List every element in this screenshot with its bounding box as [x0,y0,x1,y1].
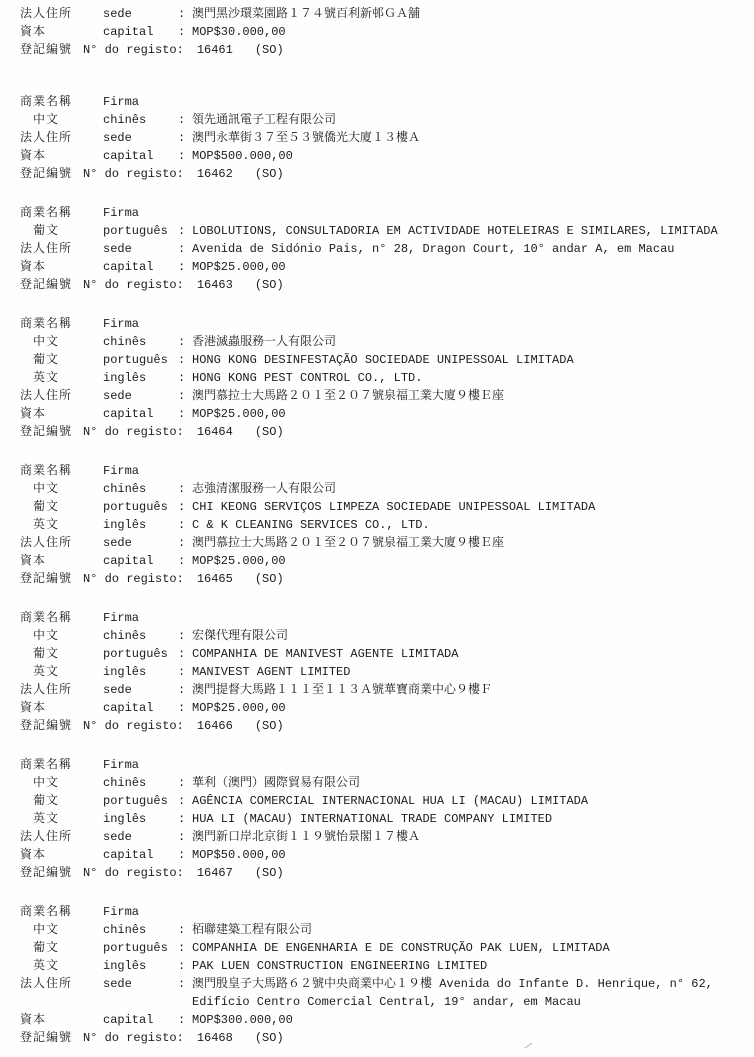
field-value: LOBOLUTIONS, CONSULTADORIA EM ACTIVIDADE… [192,222,744,240]
field-value: COMPANHIA DE MANIVEST AGENTE LIMITADA [192,645,744,663]
field-value-line: 澳門黑沙環菜園路１７４號百利新邨ＧＡ舖 [192,5,744,23]
record-header: 商業名稱Firma [20,609,744,627]
field-colon: : [178,480,192,498]
record-header-pt: Firma [103,93,139,111]
field-colon: : [178,792,192,810]
field-row: 英文inglês:MANIVEST AGENT LIMITED [20,663,744,681]
registry-document-page: 法人住所sede:澳門黑沙環菜園路１７４號百利新邨ＧＡ舖資本capital:MO… [0,0,754,1057]
field-row: 英文inglês:PAK LUEN CONSTRUCTION ENGINEERI… [20,957,744,975]
record-header-pt: Firma [103,462,139,480]
field-colon: : [178,846,192,864]
field-colon: : [178,810,192,828]
field-row: 葡文português:COMPANHIA DE ENGENHARIA E DE… [20,939,744,957]
field-label-zh: 資本 [20,405,103,423]
field-label-zh: 英文 [20,957,103,975]
field-colon: : [178,774,192,792]
registo-row: 登記編號N° do registo:16463(SO) [20,276,744,294]
field-value: 澳門永華街３７至５３號僑光大廈１３樓Ａ [192,129,744,147]
field-value-line: 華利（澳門）國際貿易有限公司 [192,774,744,792]
field-row: 資本capital:MOP$500.000,00 [20,147,744,165]
record-header-pt: Firma [103,756,139,774]
field-row: 資本capital:MOP$25.000,00 [20,405,744,423]
registo-label-zh: 登記編號 [20,423,77,441]
record-header-zh: 商業名稱 [20,204,103,222]
field-label-pt: português [103,498,178,516]
field-value-line: 澳門永華街３７至５３號僑光大廈１３樓Ａ [192,129,744,147]
field-colon: : [178,957,192,975]
field-label-pt: português [103,792,178,810]
field-value-line: MOP$25.000,00 [192,552,744,570]
field-colon: : [178,498,192,516]
field-label-pt: sede [103,681,178,699]
field-colon: : [178,645,192,663]
field-label-pt: capital [103,405,178,423]
registo-row: 登記編號N° do registo:16468(SO) [20,1029,744,1047]
registo-suffix: (SO) [255,276,284,294]
field-label-zh: 中文 [20,627,103,645]
registo-suffix: (SO) [255,1029,284,1047]
field-colon: : [178,534,192,552]
field-row: 葡文português:CHI KEONG SERVIÇOS LIMPEZA S… [20,498,744,516]
registo-label-pt: N° do registo: [83,864,184,882]
field-row: 中文chinês:宏傑代理有限公司 [20,627,744,645]
field-value-line: C & K CLEANING SERVICES CO., LTD. [192,516,744,534]
record-header-zh: 商業名稱 [20,756,103,774]
field-value: MOP$30.000,00 [192,23,744,41]
field-row: 英文inglês:HUA LI (MACAU) INTERNATIONAL TR… [20,810,744,828]
field-colon: : [178,5,192,23]
registo-suffix: (SO) [255,41,284,59]
field-value: 澳門提督大馬路１１１至１１３Ａ號華寶商業中心９樓Ｆ [192,681,744,699]
field-row: 資本capital:MOP$25.000,00 [20,699,744,717]
field-row: 中文chinês:領先通訊電子工程有限公司 [20,111,744,129]
field-label-pt: português [103,351,178,369]
field-label-zh: 葡文 [20,792,103,810]
field-value: 宏傑代理有限公司 [192,627,744,645]
field-label-zh: 英文 [20,663,103,681]
record-header-pt: Firma [103,315,139,333]
field-label-pt: chinês [103,921,178,939]
field-row: 資本capital:MOP$25.000,00 [20,258,744,276]
field-label-zh: 葡文 [20,498,103,516]
field-label-zh: 資本 [20,1011,103,1029]
field-value-line: HUA LI (MACAU) INTERNATIONAL TRADE COMPA… [192,810,744,828]
field-colon: : [178,351,192,369]
field-value-line: CHI KEONG SERVIÇOS LIMPEZA SOCIEDADE UNI… [192,498,744,516]
field-label-zh: 中文 [20,111,103,129]
field-label-zh: 資本 [20,846,103,864]
field-colon: : [178,699,192,717]
field-row: 資本capital:MOP$300.000,00 [20,1011,744,1029]
record: 商業名稱Firma中文chinês:領先通訊電子工程有限公司法人住所sede:澳… [20,93,744,183]
field-value: 澳門慕拉士大馬路２０１至２０７號泉福工業大廈９樓Ｅ座 [192,387,744,405]
registo-label-pt: N° do registo: [83,41,184,59]
record-header-zh: 商業名稱 [20,315,103,333]
field-label-pt: sede [103,534,178,552]
field-label-pt: chinês [103,111,178,129]
field-label-zh: 法人住所 [20,129,103,147]
registo-suffix: (SO) [255,423,284,441]
field-label-pt: capital [103,147,178,165]
registo-label-pt: N° do registo: [83,276,184,294]
field-label-zh: 資本 [20,699,103,717]
registo-label-pt: N° do registo: [83,570,184,588]
registo-number: 16465 [197,570,233,588]
registo-label-pt: N° do registo: [83,1029,184,1047]
field-label-pt: inglês [103,516,178,534]
field-colon: : [178,921,192,939]
registo-number: 16462 [197,165,233,183]
field-row: 法人住所sede:澳門慕拉士大馬路２０１至２０７號泉福工業大廈９樓Ｅ座 [20,387,744,405]
field-row: 中文chinês:志強清潔服務一人有限公司 [20,480,744,498]
field-value-line: 澳門慕拉士大馬路２０１至２０７號泉福工業大廈９樓Ｅ座 [192,387,744,405]
field-label-pt: português [103,645,178,663]
field-value: MOP$25.000,00 [192,552,744,570]
field-label-zh: 葡文 [20,645,103,663]
field-colon: : [178,552,192,570]
field-row: 葡文português:AGÊNCIA COMERCIAL INTERNACIO… [20,792,744,810]
field-label-pt: inglês [103,663,178,681]
field-label-zh: 葡文 [20,222,103,240]
record: 商業名稱Firma中文chinês:栢聯建築工程有限公司葡文português:… [20,903,744,1047]
record-header-pt: Firma [103,903,139,921]
registo-suffix: (SO) [255,717,284,735]
registo-label-zh: 登記編號 [20,41,77,59]
records-list: 商業名稱Firma中文chinês:領先通訊電子工程有限公司法人住所sede:澳… [20,93,744,1047]
field-value: HONG KONG PEST CONTROL CO., LTD. [192,369,744,387]
registo-row: 登記編號N° do registo:16467(SO) [20,864,744,882]
registo-number: 16468 [197,1029,233,1047]
field-value: MANIVEST AGENT LIMITED [192,663,744,681]
record: 商業名稱Firma中文chinês:香港滅蟲服務一人有限公司葡文portuguê… [20,315,744,441]
field-value: MOP$25.000,00 [192,258,744,276]
field-value-line: COMPANHIA DE ENGENHARIA E DE CONSTRUÇÃO … [192,939,744,957]
field-value-line: Avenida de Sidónio Pais, n° 28, Dragon C… [192,240,744,258]
field-value: AGÊNCIA COMERCIAL INTERNACIONAL HUA LI (… [192,792,744,810]
field-label-pt: capital [103,552,178,570]
field-label-zh: 中文 [20,333,103,351]
field-row: 中文chinês:香港滅蟲服務一人有限公司 [20,333,744,351]
registo-row: 登記編號N° do registo:16466(SO) [20,717,744,735]
field-value-line: MANIVEST AGENT LIMITED [192,663,744,681]
field-label-pt: chinês [103,333,178,351]
field-colon: : [178,222,192,240]
registo-label-zh: 登記編號 [20,864,77,882]
record-header: 商業名稱Firma [20,93,744,111]
field-colon: : [178,129,192,147]
field-label-pt: inglês [103,810,178,828]
field-label-zh: 中文 [20,480,103,498]
field-colon: : [178,333,192,351]
registo-label-pt: N° do registo: [83,717,184,735]
field-colon: : [178,258,192,276]
field-row: 中文chinês:栢聯建築工程有限公司 [20,921,744,939]
record-header-zh: 商業名稱 [20,609,103,627]
registo-number: 16467 [197,864,233,882]
field-label-pt: capital [103,699,178,717]
record-header: 商業名稱Firma [20,903,744,921]
field-label-zh: 法人住所 [20,975,103,993]
field-label-pt: sede [103,240,178,258]
field-label-pt: sede [103,129,178,147]
field-value-line: 香港滅蟲服務一人有限公司 [192,333,744,351]
field-colon: : [178,681,192,699]
field-row: 法人住所sede:澳門提督大馬路１１１至１１３Ａ號華寶商業中心９樓Ｆ [20,681,744,699]
field-label-pt: sede [103,387,178,405]
record: 商業名稱Firma中文chinês:華利（澳門）國際貿易有限公司葡文portug… [20,756,744,882]
record-header-zh: 商業名稱 [20,93,103,111]
field-value-line: 宏傑代理有限公司 [192,627,744,645]
record-header: 商業名稱Firma [20,462,744,480]
field-label-pt: sede [103,828,178,846]
field-value: MOP$500.000,00 [192,147,744,165]
field-row: 法人住所sede:澳門慕拉士大馬路２０１至２０７號泉福工業大廈９樓Ｅ座 [20,534,744,552]
registo-number: 16463 [197,276,233,294]
field-value: PAK LUEN CONSTRUCTION ENGINEERING LIMITE… [192,957,744,975]
field-label-zh: 資本 [20,552,103,570]
registo-row: 登記編號N° do registo:16464(SO) [20,423,744,441]
field-colon: : [178,387,192,405]
field-colon: : [178,405,192,423]
field-row: 法人住所sede:澳門新口岸北京街１１９號怡景閣１７樓Ａ [20,828,744,846]
field-value-line: Edifício Centro Comercial Central, 19° a… [192,993,744,1011]
field-value: 華利（澳門）國際貿易有限公司 [192,774,744,792]
field-row: 資本capital:MOP$50.000,00 [20,846,744,864]
field-row: 葡文português:HONG KONG DESINFESTAÇÃO SOCI… [20,351,744,369]
field-label-zh: 資本 [20,258,103,276]
field-colon: : [178,627,192,645]
field-label-pt: sede [103,975,178,993]
field-label-pt: chinês [103,774,178,792]
field-label-pt: inglês [103,957,178,975]
registo-number: 16466 [197,717,233,735]
field-value: 澳門殷皇子大馬路６２號中央商業中心１９樓 Avenida do Infante … [192,975,744,1011]
field-value: 領先通訊電子工程有限公司 [192,111,744,129]
registo-suffix: (SO) [255,570,284,588]
field-value-line: MOP$50.000,00 [192,846,744,864]
field-row: 葡文português:LOBOLUTIONS, CONSULTADORIA E… [20,222,744,240]
field-label-zh: 資本 [20,147,103,165]
field-value-line: 領先通訊電子工程有限公司 [192,111,744,129]
field-value-line: MOP$300.000,00 [192,1011,744,1029]
record-header: 商業名稱Firma [20,204,744,222]
field-label-zh: 葡文 [20,939,103,957]
field-row: 資本capital:MOP$25.000,00 [20,552,744,570]
record-header-pt: Firma [103,609,139,627]
field-value: Avenida de Sidónio Pais, n° 28, Dragon C… [192,240,744,258]
field-value-line: MOP$25.000,00 [192,405,744,423]
registo-label-zh: 登記編號 [20,276,77,294]
registo-row: 登記編號N° do registo:16461(SO) [20,41,744,59]
registo-number: 16464 [197,423,233,441]
field-row: 英文inglês:C & K CLEANING SERVICES CO., LT… [20,516,744,534]
registo-suffix: (SO) [255,165,284,183]
field-colon: : [178,1011,192,1029]
field-label-zh: 資本 [20,23,103,41]
field-value-line: AGÊNCIA COMERCIAL INTERNACIONAL HUA LI (… [192,792,744,810]
field-label-zh: 法人住所 [20,534,103,552]
field-row: 法人住所sede:澳門黑沙環菜園路１７４號百利新邨ＧＡ舖 [20,5,744,23]
field-value-line: MOP$30.000,00 [192,23,744,41]
field-label-zh: 法人住所 [20,828,103,846]
registo-label-zh: 登記編號 [20,165,77,183]
registo-label-pt: N° do registo: [83,423,184,441]
field-value-line: HONG KONG DESINFESTAÇÃO SOCIEDADE UNIPES… [192,351,744,369]
record: 商業名稱Firma中文chinês:宏傑代理有限公司葡文português:CO… [20,609,744,735]
field-label-pt: português [103,939,178,957]
record: 商業名稱Firma葡文português:LOBOLUTIONS, CONSUL… [20,204,744,294]
field-label-pt: capital [103,846,178,864]
field-colon: : [178,23,192,41]
record-header-pt: Firma [103,204,139,222]
field-value: 澳門黑沙環菜園路１７４號百利新邨ＧＡ舖 [192,5,744,23]
field-label-zh: 英文 [20,369,103,387]
field-colon: : [178,939,192,957]
field-label-zh: 法人住所 [20,5,103,23]
field-label-zh: 法人住所 [20,387,103,405]
record-header-zh: 商業名稱 [20,462,103,480]
field-label-zh: 中文 [20,921,103,939]
field-label-zh: 葡文 [20,351,103,369]
field-colon: : [178,828,192,846]
field-value-line: MOP$25.000,00 [192,258,744,276]
registo-label-zh: 登記編號 [20,717,77,735]
field-value: MOP$50.000,00 [192,846,744,864]
record-header: 商業名稱Firma [20,756,744,774]
field-row: 法人住所sede:Avenida de Sidónio Pais, n° 28,… [20,240,744,258]
field-label-pt: sede [103,5,178,23]
field-row: 英文inglês:HONG KONG PEST CONTROL CO., LTD… [20,369,744,387]
registo-row: 登記編號N° do registo:16462(SO) [20,165,744,183]
field-value: CHI KEONG SERVIÇOS LIMPEZA SOCIEDADE UNI… [192,498,744,516]
field-colon: : [178,516,192,534]
field-value: C & K CLEANING SERVICES CO., LTD. [192,516,744,534]
field-value-line: 澳門殷皇子大馬路６２號中央商業中心１９樓 Avenida do Infante … [192,975,744,993]
field-row: 葡文português:COMPANHIA DE MANIVEST AGENTE… [20,645,744,663]
field-colon: : [178,240,192,258]
field-value: MOP$25.000,00 [192,405,744,423]
field-label-zh: 中文 [20,774,103,792]
field-value-line: LOBOLUTIONS, CONSULTADORIA EM ACTIVIDADE… [192,222,744,240]
field-value-line: 栢聯建築工程有限公司 [192,921,744,939]
record: 商業名稱Firma中文chinês:志強清潔服務一人有限公司葡文portuguê… [20,462,744,588]
field-row: 中文chinês:華利（澳門）國際貿易有限公司 [20,774,744,792]
field-colon: : [178,975,192,993]
field-value: HONG KONG DESINFESTAÇÃO SOCIEDADE UNIPES… [192,351,744,369]
registo-label-zh: 登記編號 [20,1029,77,1047]
field-row: 法人住所sede:澳門永華街３７至５３號僑光大廈１３樓Ａ [20,129,744,147]
field-label-pt: chinês [103,480,178,498]
field-value-line: 志強清潔服務一人有限公司 [192,480,744,498]
field-value: 澳門新口岸北京街１１９號怡景閣１７樓Ａ [192,828,744,846]
field-label-pt: chinês [103,627,178,645]
field-label-pt: capital [103,1011,178,1029]
field-row: 資本capital:MOP$30.000,00 [20,23,744,41]
record-header: 商業名稱Firma [20,315,744,333]
field-value-line: 澳門新口岸北京街１１９號怡景閣１７樓Ａ [192,828,744,846]
field-value: 香港滅蟲服務一人有限公司 [192,333,744,351]
field-label-pt: capital [103,23,178,41]
field-value: MOP$300.000,00 [192,1011,744,1029]
field-value: MOP$25.000,00 [192,699,744,717]
registo-label-pt: N° do registo: [83,165,184,183]
field-label-zh: 英文 [20,516,103,534]
field-value-line: HONG KONG PEST CONTROL CO., LTD. [192,369,744,387]
field-value-line: MOP$25.000,00 [192,699,744,717]
field-colon: : [178,663,192,681]
field-label-zh: 英文 [20,810,103,828]
field-row: 法人住所sede:澳門殷皇子大馬路６２號中央商業中心１９樓 Avenida do… [20,975,744,1011]
field-colon: : [178,147,192,165]
field-value: 志強清潔服務一人有限公司 [192,480,744,498]
field-value-line: PAK LUEN CONSTRUCTION ENGINEERING LIMITE… [192,957,744,975]
field-colon: : [178,369,192,387]
registo-number: 16461 [197,41,233,59]
registo-suffix: (SO) [255,864,284,882]
record-continued: 法人住所sede:澳門黑沙環菜園路１７４號百利新邨ＧＡ舖資本capital:MO… [20,5,744,59]
field-value: 栢聯建築工程有限公司 [192,921,744,939]
field-value: HUA LI (MACAU) INTERNATIONAL TRADE COMPA… [192,810,744,828]
record-header-zh: 商業名稱 [20,903,103,921]
registo-row: 登記編號N° do registo:16465(SO) [20,570,744,588]
field-label-pt: inglês [103,369,178,387]
field-value-line: 澳門慕拉士大馬路２０１至２０７號泉福工業大廈９樓Ｅ座 [192,534,744,552]
field-value-line: MOP$500.000,00 [192,147,744,165]
field-value: 澳門慕拉士大馬路２０１至２０７號泉福工業大廈９樓Ｅ座 [192,534,744,552]
registo-label-zh: 登記編號 [20,570,77,588]
field-label-zh: 法人住所 [20,681,103,699]
field-value: COMPANHIA DE ENGENHARIA E DE CONSTRUÇÃO … [192,939,744,957]
field-value-line: 澳門提督大馬路１１１至１１３Ａ號華寶商業中心９樓Ｆ [192,681,744,699]
field-value-line: COMPANHIA DE MANIVEST AGENTE LIMITADA [192,645,744,663]
field-label-zh: 法人住所 [20,240,103,258]
field-label-pt: capital [103,258,178,276]
field-colon: : [178,111,192,129]
field-label-pt: português [103,222,178,240]
